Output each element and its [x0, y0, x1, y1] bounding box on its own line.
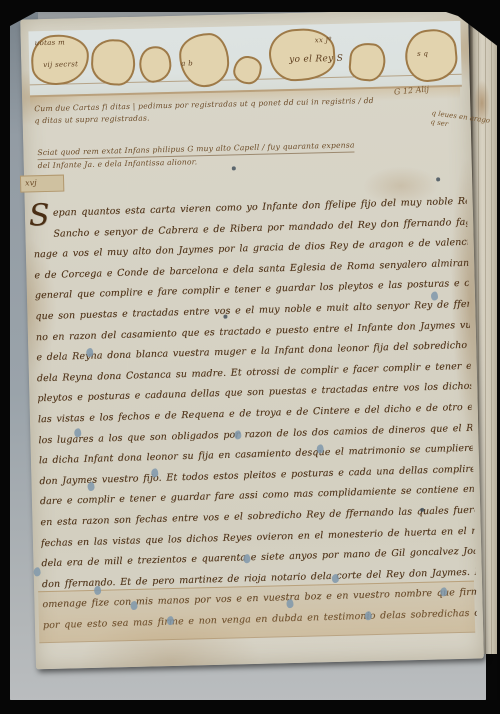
- manuscript-line: dela era de mill e trezientos e quarenta…: [41, 546, 475, 569]
- manuscript-line: e de Corcega e Conde de barcelona e dela…: [34, 258, 468, 281]
- damage-spot: [87, 482, 94, 491]
- page-edge-line: [485, 8, 486, 654]
- manuscript-line: dare e complir e tener e guardar fare as…: [40, 484, 474, 507]
- damage-spot: [94, 586, 101, 595]
- damage-spot: [365, 611, 372, 620]
- manuscript-line: dela Reyna dona Costanca su madre. Et ot…: [37, 361, 471, 384]
- photo-frame: [0, 700, 500, 714]
- damage-spot: [86, 348, 93, 357]
- damage-spot: [286, 599, 293, 608]
- damage-spot: [243, 554, 250, 563]
- damage-spot: [440, 587, 447, 596]
- manuscript-line: Sancho e senyor de Cabrera e de Ribera p…: [33, 216, 467, 239]
- photo-frame: [0, 0, 500, 12]
- damage-spot: [34, 567, 41, 576]
- manuscript-line: no en razon del casamiento que es tracta…: [36, 319, 470, 342]
- ink-speck: [232, 166, 236, 170]
- manuscript-line: epan quantos esta carta vieren como yo I…: [33, 196, 467, 219]
- manuscript-line: nage a vos el muy alto don Jaymes por la…: [34, 237, 468, 260]
- manuscript-line: que son puestas e tractadas entre vos e …: [35, 299, 469, 322]
- manuscript-line: don Jaymes vuestro fijo. Et todos estos …: [39, 463, 473, 486]
- manuscript-line: fechas en las vistas que los dichos Reye…: [41, 525, 475, 548]
- ink-speck: [223, 315, 227, 319]
- manuscript-line: en esta razon son fechas entre vos e el …: [40, 505, 474, 528]
- page-edge-line: [491, 8, 492, 654]
- ink-speck: [436, 177, 440, 181]
- bottom-repair-strip: [38, 581, 475, 644]
- manuscript-line: pleytos e posturas e cadauna dellas que …: [37, 381, 471, 404]
- damage-spot: [332, 574, 339, 583]
- damage-spot: [167, 616, 174, 625]
- manuscript-line: las vistas e los fechos e de Requena e d…: [38, 402, 472, 425]
- manuscript-leaf: uotas m vij secrst xx jº yo el Rey S a b…: [20, 9, 484, 670]
- damage-spot: [151, 468, 158, 477]
- manuscript-line: los lugares a los que son obligados por …: [38, 422, 472, 445]
- photo-frame: [0, 0, 10, 714]
- damage-spot: [317, 444, 324, 453]
- charter-text-block: epan quantos esta carta vieren como yo I…: [28, 9, 478, 669]
- manuscript-line: e dela Reyna dona blanca vuestra muger e…: [36, 340, 470, 363]
- manuscript-line: la dicha Infant dona leonor su fija en c…: [39, 443, 473, 466]
- damage-spot: [74, 428, 81, 437]
- damage-spot: [431, 291, 438, 300]
- ink-speck: [420, 508, 424, 512]
- damage-spot: [234, 430, 241, 439]
- damage-spot: [130, 601, 137, 610]
- manuscript-line: general que complire e fare complir e te…: [35, 278, 469, 301]
- manuscript-photo: uotas m vij secrst xx jº yo el Rey S a b…: [0, 0, 500, 714]
